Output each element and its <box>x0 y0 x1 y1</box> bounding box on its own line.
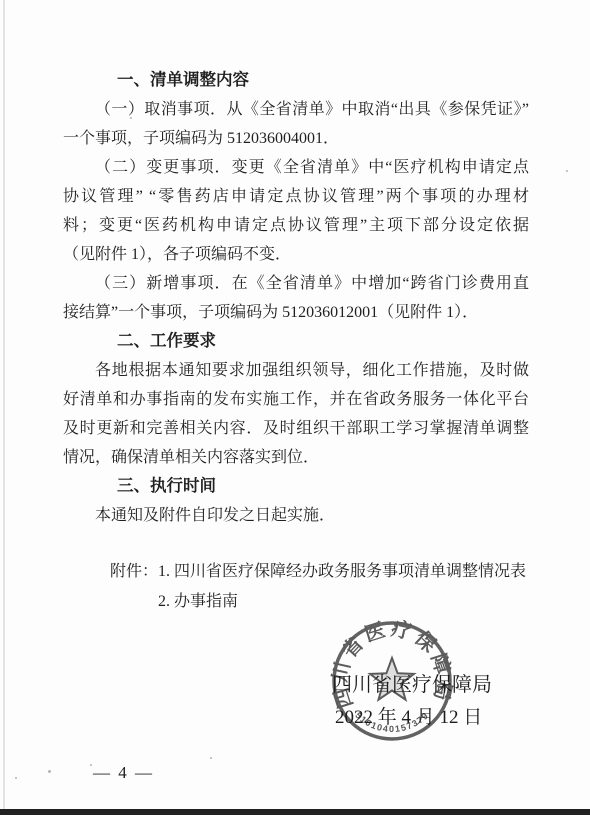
page-number: — 4 — <box>93 763 154 783</box>
section-heading: 三、执行时间 <box>63 472 529 501</box>
document-body: 一、清单调整内容（一）取消事项．从《全省清单》中取消“出具《参保凭证》”一个事项… <box>63 66 529 530</box>
issue-date: 2022 年 4 月 12 日 <box>335 702 482 729</box>
text-line: 及时更新和完善相关内容．及时组织干部职工学习掌握清单调整 <box>63 414 529 443</box>
text-line: 接结算”一个事项，子项编码为 512036012001（见附件 1）． <box>63 298 529 327</box>
section-heading: 二、工作要求 <box>63 327 529 356</box>
scan-speckle <box>130 117 132 119</box>
text-line: 料；变更“医药机构申请定点协议管理”主项下部分设定依据 <box>63 211 529 240</box>
scan-artifact-bottom-strip <box>0 809 590 815</box>
scan-speckle <box>566 170 568 172</box>
scan-artifact-left-line <box>3 0 5 815</box>
issuer-name: 四川省医疗保障局 <box>332 668 492 697</box>
attachment-label: 附件： <box>110 557 158 617</box>
scan-speckle <box>210 757 212 759</box>
scanned-document-page: 一、清单调整内容（一）取消事项．从《全省清单》中取消“出具《参保凭证》”一个事项… <box>0 0 590 815</box>
text-line: （二）变更事项．变更《全省清单》中“医疗机构申请定点 <box>63 153 529 182</box>
text-line: 情况，确保清单相关内容落实到位． <box>63 443 529 472</box>
text-line: 一个事项，子项编码为 512036004001． <box>63 124 529 153</box>
text-line: 各地根据本通知要求加强组织领导，细化工作措施，及时做 <box>63 356 529 385</box>
text-line: 好清单和办事指南的发布实施工作，并在省政务服务一体化平台 <box>63 385 529 414</box>
text-line: （一）取消事项．从《全省清单》中取消“出具《参保凭证》” <box>63 95 529 124</box>
attachment-block: 附件： 1. 四川省医疗保障经办政务服务事项清单调整情况表2. 办事指南 <box>63 557 543 617</box>
attachment-row: 附件： 1. 四川省医疗保障经办政务服务事项清单调整情况表2. 办事指南 <box>63 557 543 617</box>
scan-speckle <box>90 764 92 766</box>
text-line: 本通知及附件自印发之日起实施． <box>63 501 529 530</box>
attachment-items: 1. 四川省医疗保障经办政务服务事项清单调整情况表2. 办事指南 <box>158 557 526 617</box>
scan-speckle <box>15 777 17 779</box>
text-line: 协议管理” “零售药店申请定点协议管理”两个事项的办理材 <box>63 182 529 211</box>
section-heading: 一、清单调整内容 <box>63 66 529 95</box>
scan-speckle <box>48 770 51 773</box>
text-line: （见附件 1），各子项编码不变． <box>63 240 529 269</box>
text-line: （三）新增事项．在《全省清单》中增加“跨省门诊费用直 <box>63 269 529 298</box>
attachment-item: 1. 四川省医疗保障经办政务服务事项清单调整情况表 <box>158 557 526 587</box>
